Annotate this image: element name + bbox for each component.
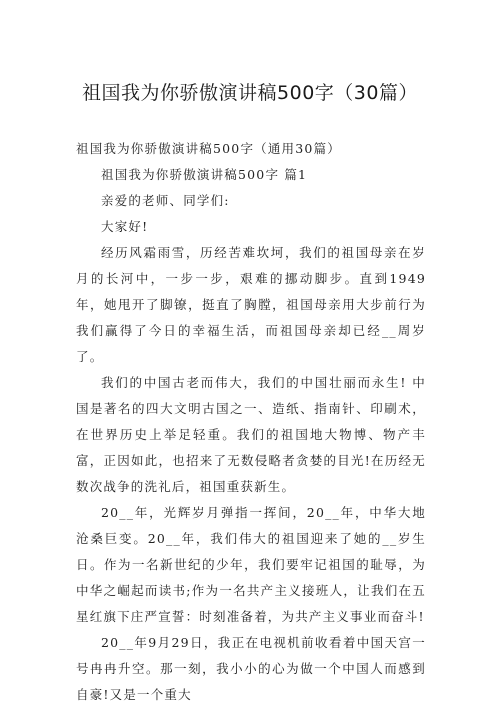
paragraph: 20__年9月29日，我正在电视机前收看着中国天宫一号冉冉升空。那一刻，我小小的… xyxy=(76,630,426,707)
greeting: 亲爱的老师、同学们: xyxy=(76,188,426,214)
document-page: 祖国我为你骄傲演讲稿500字（30篇） 祖国我为你骄傲演讲稿500字（通用30篇… xyxy=(0,0,500,707)
paragraph: 我们的中国古老而伟大，我们的中国壮丽而永生! 中国是著名的四大文明古国之一、造纸… xyxy=(76,370,426,500)
hello: 大家好! xyxy=(76,214,426,240)
paragraph: 20__年，光辉岁月弹指一挥间，20__年，中华大地沧桑巨变。20__年，我们伟… xyxy=(76,500,426,630)
section-heading: 祖国我为你骄傲演讲稿500字 篇1 xyxy=(76,162,426,188)
document-body: 祖国我为你骄傲演讲稿500字（通用30篇） 祖国我为你骄傲演讲稿500字 篇1 … xyxy=(76,136,426,707)
document-subtitle: 祖国我为你骄傲演讲稿500字（通用30篇） xyxy=(76,136,426,162)
document-title: 祖国我为你骄傲演讲稿500字（30篇） xyxy=(0,78,500,105)
paragraph: 经历风霜雨雪，历经苦难坎坷，我们的祖国母亲在岁月的长河中，一步一步，艰难的挪动脚… xyxy=(76,240,426,370)
